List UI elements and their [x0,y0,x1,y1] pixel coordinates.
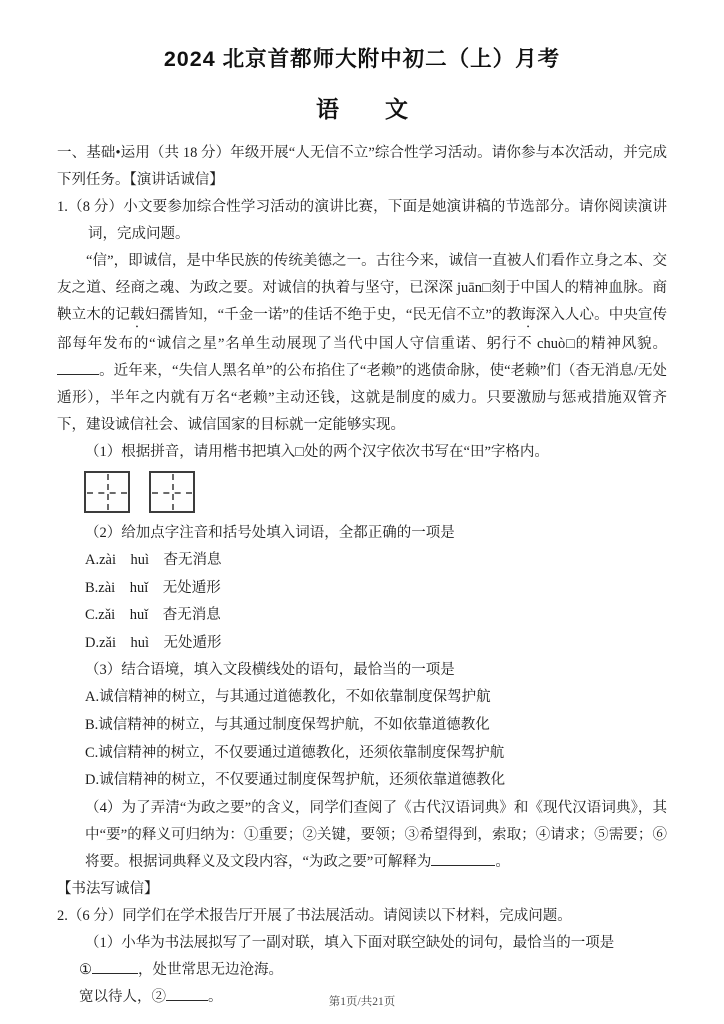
page-number: 第1页/共21页 [0,995,724,1009]
text-run: 妇孺皆知，“千金一诺”的佳话不绝于史，“民无信不立”的教 [145,307,522,323]
tianzige-box-2 [149,471,195,513]
text-run: ，处世常思无边沧海。 [138,962,283,978]
q1-sub1-stem: （1）根据拼音，请用楷书把填入□处的两个汉字依次书写在“田”字格内。 [85,439,667,466]
option-item: A.诚信精神的树立，与其通过道德教化，不如依靠制度保驾护航 [85,684,667,712]
emphasized-char: 诲 [521,307,536,323]
q1-sub3-stem: （3）结合语境，填入文段横线处的语句，最恰当的一项是 [85,657,667,684]
option-item: D.zǎi huì 无处遁形 [85,630,667,658]
tianzige-row [84,471,667,517]
text-run: 。 [495,854,510,870]
question-1-stem: 1.（8 分）小文要参加综合性学习活动的演讲比赛，下面是她演讲稿的节选部分。请你… [57,194,667,248]
option-item: C.诚信精神的树立，不仅要通过道德教化，还须依靠制度保驾护航 [85,740,667,768]
text-run: （4）为了弄清“为政之要”的含义，同学们查阅了《古代汉语词典》和《现代汉语词典》… [85,800,667,870]
page-title: 2024 北京首都师大附中初二（上）月考 [57,44,667,74]
question-2-stem: 2.（6 分）同学们在学术报告厅开展了书法展活动。请阅读以下材料，完成问题。 [57,903,667,930]
subject-title: 语 文 [57,94,667,124]
text-run: 。近年来，“失信人黑名单”的公布掐住了“老赖”的逃债命脉，使“老赖”们（杳无消息… [57,363,667,433]
text-run: ① [79,962,92,978]
couplet-line-1: ①，处世常思无边沧海。 [79,957,667,984]
option-item: B.诚信精神的树立，与其通过制度保驾护航，不如依靠道德教化 [85,712,667,740]
q1-sub3-options: A.诚信精神的树立，与其通过道德教化，不如依靠制度保驾护航B.诚信精神的树立，与… [57,684,667,794]
blank-underline [57,361,99,375]
calligraphy-section-heading: 【书法写诚信】 [57,876,667,903]
option-item: A.zài huì 杳无消息 [85,547,667,575]
speech-passage: “信”，即诚信，是中华民族的传统美德之一。古往今来，诚信一直被人们看作立身之本、… [57,248,667,439]
q2-sub1-stem: （1）小华为书法展拟写了一副对联，填入下面对联空缺处的词句，最恰当的一项是 [85,930,667,957]
option-item: B.zài huǐ 无处遁形 [85,575,667,603]
q1-sub4-stem: （4）为了弄清“为政之要”的含义，同学们查阅了《古代汉语词典》和《现代汉语词典》… [85,795,667,876]
blank-underline [92,960,138,974]
section-1-heading: 一、基础•运用（共 18 分）年级开展“人无信不立”综合性学习活动。请你参与本次… [57,140,667,194]
option-item: D.诚信精神的树立，不仅要通过制度保驾护航，还须依靠道德教化 [85,767,667,795]
tianzige-box-1 [84,471,130,513]
emphasized-char: 载 [130,307,145,323]
q1-sub2-options: A.zài huì 杳无消息B.zài huǐ 无处遁形C.zǎi huǐ 杳无… [57,547,667,657]
exam-paper-page: 2024 北京首都师大附中初二（上）月考 语 文 一、基础•运用（共 18 分）… [0,0,724,1024]
option-item: C.zǎi huǐ 杳无消息 [85,602,667,630]
blank-underline [431,852,495,866]
q1-sub2-stem: （2）给加点字注音和括号处填入词语，全都正确的一项是 [85,520,667,547]
